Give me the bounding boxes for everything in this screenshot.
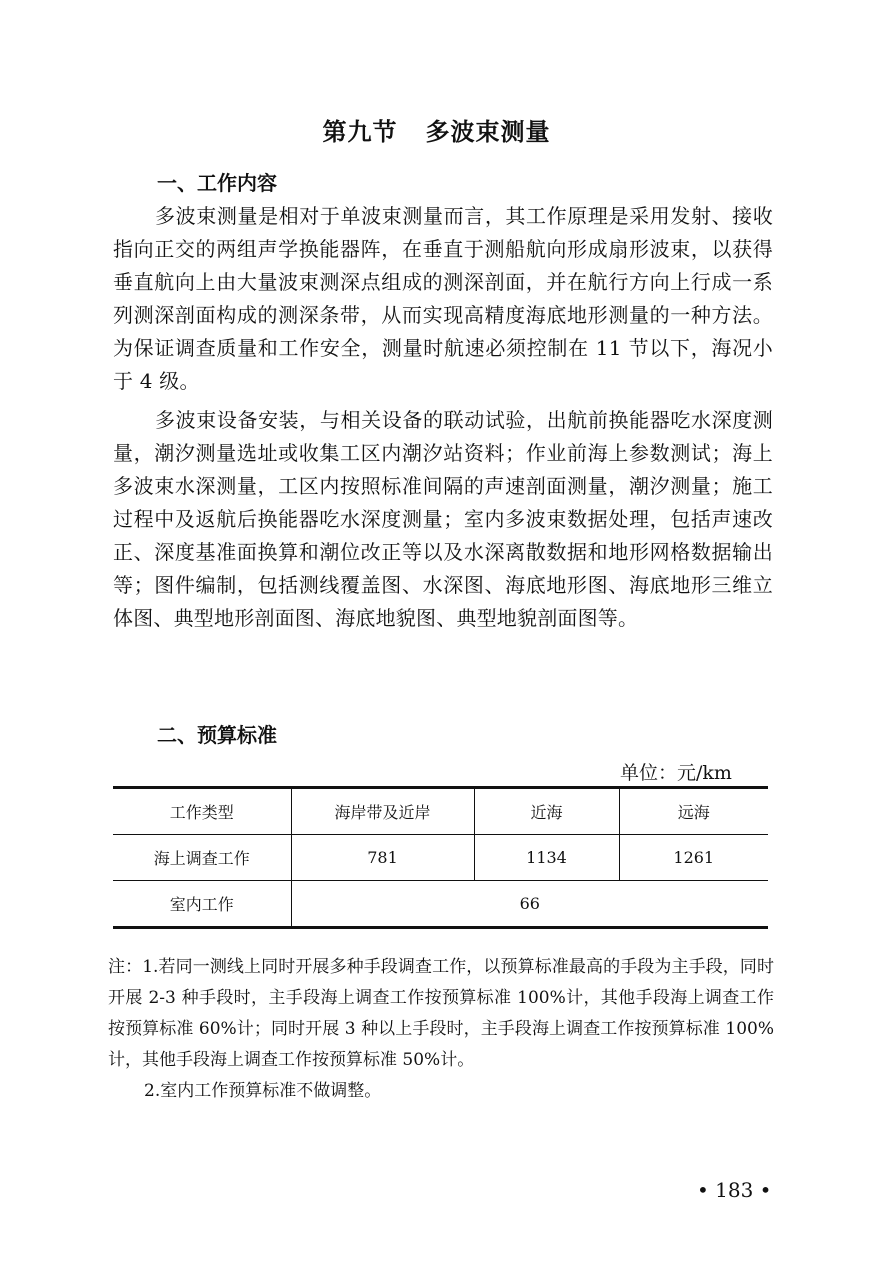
row-label-sea-survey: 海上调查工作 (113, 835, 291, 881)
table-row: 室内工作 66 (113, 881, 768, 928)
budget-table: 工作类型 海岸带及近岸 近海 远海 海上调查工作 781 1134 1261 室… (113, 786, 768, 929)
document-page: 第九节多波束测量 一、工作内容 多波束测量是相对于单波束测量而言，其工作原理是采… (0, 0, 873, 1276)
paragraph-tasks: 多波束设备安装，与相关设备的联动试验，出航前换能器吃水深度测量，潮汐测量选址或收… (113, 404, 773, 635)
page-number: • 183 • (697, 1178, 771, 1202)
paragraph-principle: 多波束测量是相对于单波束测量而言，其工作原理是采用发射、接收指向正交的两组声学换… (113, 200, 773, 398)
row-label-indoor-work: 室内工作 (113, 881, 291, 928)
table-row: 海上调查工作 781 1134 1261 (113, 835, 768, 881)
header-cell-coastal: 海岸带及近岸 (291, 788, 474, 835)
notes-block: 注：1.若同一测线上同时开展多种手段调查工作，以预算标准最高的手段为主手段，同时… (108, 952, 774, 1107)
section-number: 第九节 (323, 118, 398, 146)
heading-budget-standard: 二、预算标准 (157, 719, 277, 748)
header-cell-offshore: 近海 (474, 788, 619, 835)
header-cell-far-sea: 远海 (619, 788, 768, 835)
section-name: 多波束测量 (426, 118, 551, 146)
note-2: 2.室内工作预算标准不做调整。 (108, 1076, 774, 1107)
cell-coastal-value: 781 (291, 835, 474, 881)
unit-label: 单位：元/km (620, 758, 732, 785)
header-cell-work-type: 工作类型 (113, 788, 291, 835)
table-header-row: 工作类型 海岸带及近岸 近海 远海 (113, 788, 768, 835)
cell-offshore-value: 1134 (474, 835, 619, 881)
section-title: 第九节多波束测量 (0, 112, 873, 147)
cell-indoor-value: 66 (291, 881, 768, 928)
cell-far-sea-value: 1261 (619, 835, 768, 881)
heading-work-content: 一、工作内容 (157, 167, 277, 196)
note-1: 注：1.若同一测线上同时开展多种手段调查工作，以预算标准最高的手段为主手段，同时… (108, 957, 774, 1070)
